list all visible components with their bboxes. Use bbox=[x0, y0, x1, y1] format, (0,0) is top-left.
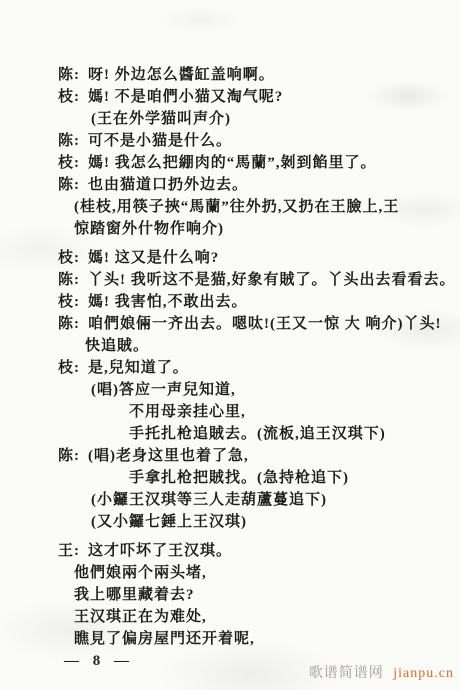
script-line: (小鑼王汉琪等三人走葫蘆蔓追下) bbox=[58, 489, 460, 511]
script-line: 陈:(唱)老身这里也着了急, bbox=[58, 445, 460, 467]
line-text: 可不是小猫是什么。 bbox=[88, 130, 232, 152]
speaker-label: 王: bbox=[58, 540, 88, 562]
scanned-script-page: 陈:呀! 外边怎么醬缸盖响啊。枝:媽! 不是咱們小猫又淘气呢?(王在外学猫叫声介… bbox=[0, 0, 460, 690]
watermark-domain-link[interactable]: jianpu.cn bbox=[393, 666, 454, 681]
speaker-label: 枝: bbox=[58, 291, 88, 313]
script-line: 瞧見了偏房屋門还开着呢, bbox=[58, 628, 460, 650]
line-text: 我上哪里藏着去? bbox=[58, 584, 195, 606]
script-body: 陈:呀! 外边怎么醬缸盖响啊。枝:媽! 不是咱們小猫又淘气呢?(王在外学猫叫声介… bbox=[58, 64, 460, 650]
script-line: 手托扎枪追賊去。(流板,追王汉琪下) bbox=[58, 423, 460, 445]
line-text: (唱)老身这里也着了急, bbox=[88, 445, 249, 467]
line-text: (唱)答应一声兒知道, bbox=[58, 379, 236, 401]
line-text: 也由猫道口扔外边去。 bbox=[88, 174, 248, 196]
line-text: 是,兒知道了。 bbox=[88, 357, 189, 379]
script-line: 王:这才吓坏了王汉琪。 bbox=[58, 540, 460, 562]
script-line: 枝:媽! 我害怕,不敢出去。 bbox=[58, 291, 460, 313]
script-line: 枝:是,兒知道了。 bbox=[58, 357, 460, 379]
speaker-label: 陈: bbox=[58, 174, 88, 196]
line-text: (又小鑼七錘上王汉琪) bbox=[58, 511, 247, 533]
script-line: 快追賊。 bbox=[58, 335, 460, 357]
line-text: 咱們娘倆一齐出去。嗯呔!(王又一惊 大 响介)丫头! bbox=[88, 313, 441, 335]
script-line: 枝:媽! 我怎么把綳肉的“馬蘭”,剝到餡里了。 bbox=[58, 152, 460, 174]
watermark-site-name: 歌谱简谱网 bbox=[309, 666, 384, 681]
line-text: 惊踏窗外什物作响介) bbox=[58, 218, 224, 240]
line-text: (桂枝,用筷子挾“馬蘭”往外扔,又扔在王臉上,王 bbox=[58, 196, 399, 218]
script-line: (又小鑼七錘上王汉琪) bbox=[58, 511, 460, 533]
script-line: 枝:媽! 不是咱們小猫又淘气呢? bbox=[58, 86, 460, 108]
line-text: 媽! 我怎么把綳肉的“馬蘭”,剝到餡里了。 bbox=[88, 152, 377, 174]
speaker-label: 枝: bbox=[58, 357, 88, 379]
line-text: 快追賊。 bbox=[58, 335, 149, 357]
script-line: 不用母亲挂心里, bbox=[58, 401, 460, 423]
speaker-label: 陈: bbox=[58, 130, 88, 152]
script-line: 陈:呀! 外边怎么醬缸盖响啊。 bbox=[58, 64, 460, 86]
line-text: 丫头! 我听这不是猫,好象有賊了。丫头出去看看去。 bbox=[88, 269, 456, 291]
script-line: (唱)答应一声兒知道, bbox=[58, 379, 460, 401]
line-text: 媽! 不是咱們小猫又淘气呢? bbox=[88, 86, 283, 108]
line-text: 手拿扎枪把賊找。(急持枪追下) bbox=[58, 467, 349, 489]
speaker-label: 陈: bbox=[58, 269, 88, 291]
line-text: 不用母亲挂心里, bbox=[58, 401, 246, 423]
line-text: 媽! 这又是什么响? bbox=[88, 247, 219, 269]
page-number: — 8 — bbox=[64, 653, 134, 670]
script-line: 枝:媽! 这又是什么响? bbox=[58, 247, 460, 269]
script-line: 陈:可不是小猫是什么。 bbox=[58, 130, 460, 152]
speaker-label: 枝: bbox=[58, 152, 88, 174]
script-line: 陈:也由猫道口扔外边去。 bbox=[58, 174, 460, 196]
script-line: 陈:咱們娘倆一齐出去。嗯呔!(王又一惊 大 响介)丫头! bbox=[58, 313, 460, 335]
script-line: (桂枝,用筷子挾“馬蘭”往外扔,又扔在王臉上,王 bbox=[58, 196, 460, 218]
speaker-label: 枝: bbox=[58, 247, 88, 269]
script-line: 他們娘兩个兩头堵, bbox=[58, 562, 460, 584]
line-text: (王在外学猫叫声介) bbox=[58, 108, 231, 130]
speaker-label: 枝: bbox=[58, 86, 88, 108]
line-text: 呀! 外边怎么醬缸盖响啊。 bbox=[88, 64, 275, 86]
line-text: 王汉琪正在为难处, bbox=[58, 606, 207, 628]
script-line: 手拿扎枪把賊找。(急持枪追下) bbox=[58, 467, 460, 489]
watermark: 歌谱简谱网 jianpu.cn bbox=[309, 662, 454, 682]
script-line: 我上哪里藏着去? bbox=[58, 584, 460, 606]
speaker-label: 陈: bbox=[58, 313, 88, 335]
script-line: 陈:丫头! 我听这不是猫,好象有賊了。丫头出去看看去。 bbox=[58, 269, 460, 291]
line-text: 手托扎枪追賊去。(流板,追王汉琪下) bbox=[58, 423, 386, 445]
script-line: 惊踏窗外什物作响介) bbox=[58, 218, 460, 240]
speaker-label: 陈: bbox=[58, 64, 88, 86]
speaker-label: 陈: bbox=[58, 445, 88, 467]
line-text: 他們娘兩个兩头堵, bbox=[58, 562, 207, 584]
line-text: (小鑼王汉琪等三人走葫蘆蔓追下) bbox=[58, 489, 327, 511]
line-text: 这才吓坏了王汉琪。 bbox=[88, 540, 232, 562]
line-text: 瞧見了偏房屋門还开着呢, bbox=[58, 628, 255, 650]
line-text: 媽! 我害怕,不敢出去。 bbox=[88, 291, 248, 313]
script-line: 王汉琪正在为难处, bbox=[58, 606, 460, 628]
script-line: (王在外学猫叫声介) bbox=[58, 108, 460, 130]
